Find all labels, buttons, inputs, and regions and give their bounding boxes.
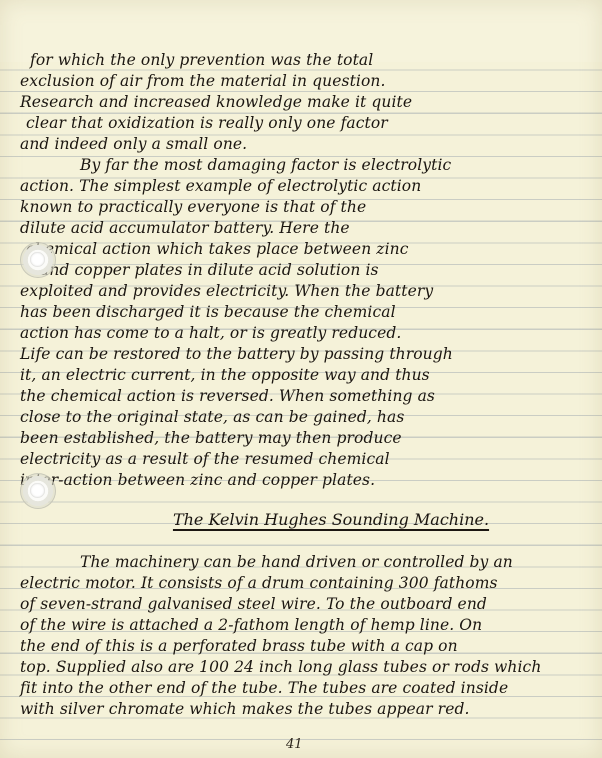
text-line: action. The simplest example of electrol… bbox=[20, 176, 421, 196]
section-heading: The Kelvin Hughes Sounding Machine. bbox=[0, 510, 602, 530]
text-line: of the wire is attached a 2-fathom lengt… bbox=[20, 615, 482, 635]
punch-hole-center bbox=[30, 483, 45, 498]
text-line: and copper plates in dilute acid solutio… bbox=[40, 260, 379, 280]
text-line: has been discharged it is because the ch… bbox=[20, 302, 396, 322]
text-line: with silver chromate which makes the tub… bbox=[20, 699, 470, 719]
text-line: chemical action which takes place betwee… bbox=[26, 239, 409, 259]
text-line: and indeed only a small one. bbox=[20, 134, 247, 154]
text-line: of seven-strand galvanised steel wire. T… bbox=[20, 594, 487, 614]
text-line: inter-action between zinc and copper pla… bbox=[20, 470, 375, 490]
punch-hole-center bbox=[30, 252, 45, 267]
text-line: been established, the battery may then p… bbox=[20, 428, 402, 448]
text-line: The machinery can be hand driven or cont… bbox=[80, 552, 513, 572]
punch-hole-lower bbox=[20, 473, 56, 509]
text-line: fit into the other end of the tube. The … bbox=[20, 678, 508, 698]
text-line: Research and increased knowledge make it… bbox=[20, 92, 412, 112]
text-line: electricity as a result of the resumed c… bbox=[20, 449, 390, 469]
text-line: it, an electric current, in the opposite… bbox=[20, 365, 430, 385]
text-line: top. Supplied also are 100 24 inch long … bbox=[20, 657, 541, 677]
section-heading-text: The Kelvin Hughes Sounding Machine. bbox=[173, 510, 489, 529]
text-line: electric motor. It consists of a drum co… bbox=[20, 573, 498, 593]
page-number: 41 bbox=[286, 737, 303, 752]
text-line: By far the most damaging factor is elect… bbox=[80, 155, 451, 175]
text-line: Life can be restored to the battery by p… bbox=[20, 344, 453, 364]
text-line: action has come to a halt, or is greatly… bbox=[20, 323, 401, 343]
text-line: the chemical action is reversed. When so… bbox=[20, 386, 435, 406]
text-line: for which the only prevention was the to… bbox=[30, 50, 373, 70]
text-line: exclusion of air from the material in qu… bbox=[20, 71, 386, 91]
text-line: exploited and provides electricity. When… bbox=[20, 281, 433, 301]
text-line: known to practically everyone is that of… bbox=[20, 197, 366, 217]
text-line: the end of this is a perforated brass tu… bbox=[20, 636, 458, 656]
text-line: close to the original state, as can be g… bbox=[20, 407, 404, 427]
notebook-page: for which the only prevention was the to… bbox=[0, 0, 602, 758]
text-line: dilute acid accumulator battery. Here th… bbox=[20, 218, 350, 238]
punch-hole-upper bbox=[20, 242, 56, 278]
text-line: clear that oxidization is really only on… bbox=[26, 113, 388, 133]
